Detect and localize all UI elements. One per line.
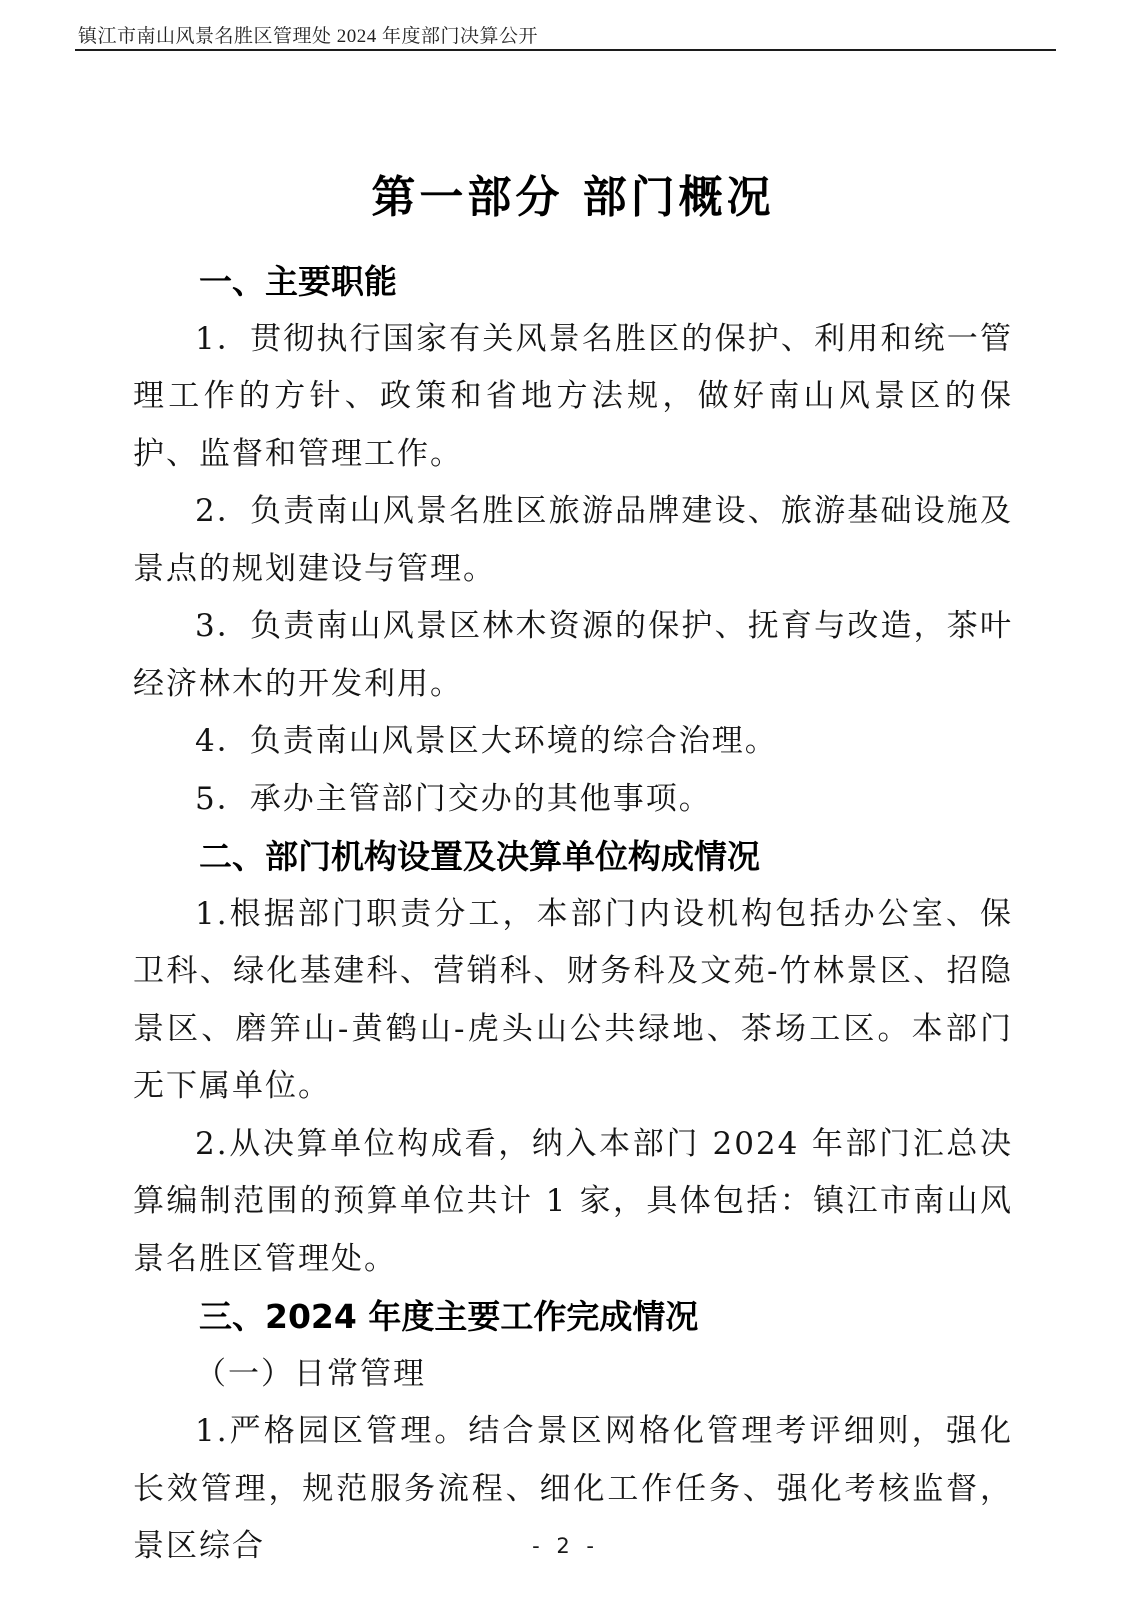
page-number: - 2 - xyxy=(0,1534,1131,1558)
running-header: 镇江市南山风景名胜区管理处 2024 年度部门决算公开 xyxy=(78,26,1053,48)
paragraph-duty-2: 2．负责南山风景名胜区旅游品牌建设、旅游基础设施及景点的规划建设与管理。 xyxy=(133,483,1013,598)
paragraph-duty-4: 4．负责南山风景区大环境的综合治理。 xyxy=(133,713,1013,771)
section-heading-1: 一、主要职能 xyxy=(133,253,1013,311)
document-body: 第一部分 部门概况 一、主要职能 1．贯彻执行国家有关风景名胜区的保护、利用和统… xyxy=(133,51,1013,1576)
paragraph-unit-composition: 2.从决算单位构成看，纳入本部门 2024 年部门汇总决算编制范围的预算单位共计… xyxy=(133,1116,1013,1289)
section-heading-2: 二、部门机构设置及决算单位构成情况 xyxy=(133,828,1013,886)
paragraph-org-structure: 1.根据部门职责分工，本部门内设机构包括办公室、保卫科、绿化基建科、营销科、财务… xyxy=(133,886,1013,1116)
paragraph-duty-1: 1．贯彻执行国家有关风景名胜区的保护、利用和统一管理工作的方针、政策和省地方法规… xyxy=(133,311,1013,484)
paragraph-duty-3: 3．负责南山风景区林木资源的保护、抚育与改造，茶叶经济林木的开发利用。 xyxy=(133,598,1013,713)
subsection-heading-daily-management: （一）日常管理 xyxy=(133,1346,1013,1404)
section-heading-3: 三、2024 年度主要工作完成情况 xyxy=(133,1288,1013,1346)
paragraph-duty-5: 5．承办主管部门交办的其他事项。 xyxy=(133,771,1013,829)
document-part-title: 第一部分 部门概况 xyxy=(133,167,1013,229)
